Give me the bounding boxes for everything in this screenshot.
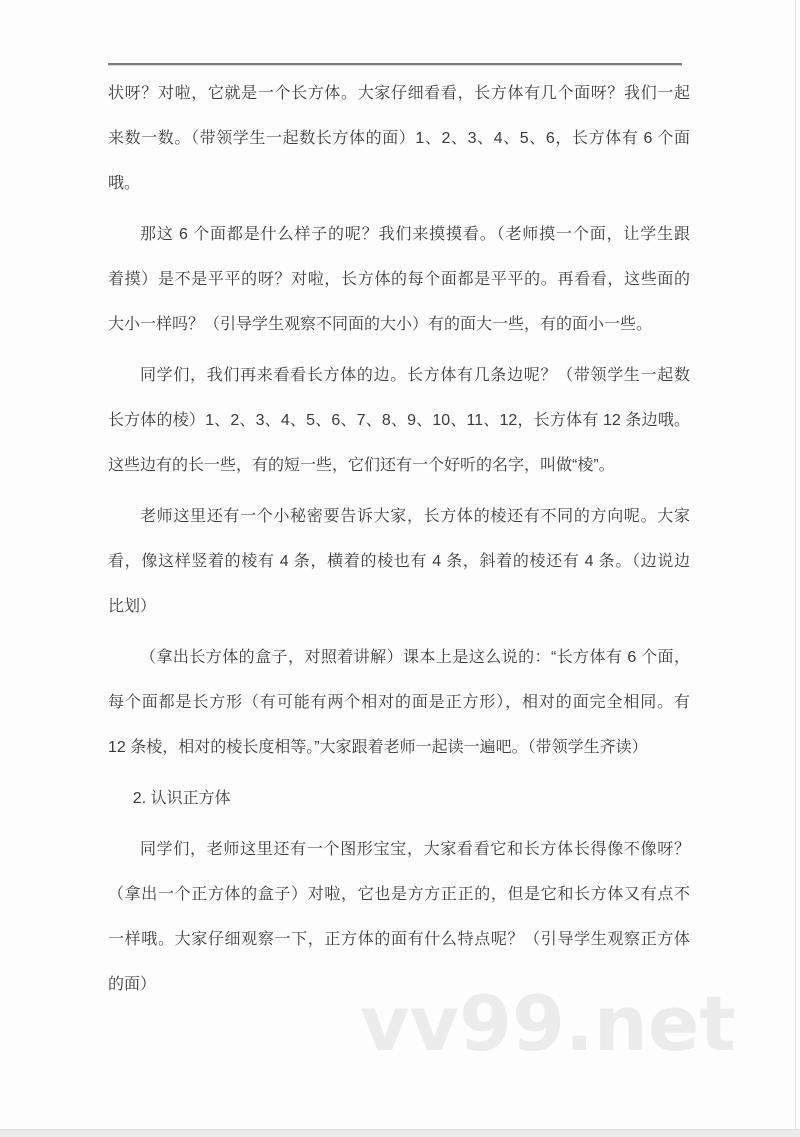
paragraph: 状呀？对啦，它就是一个长方体。大家仔细看看，长方体有几个面呀？我们一起 来数一数… xyxy=(108,71,690,206)
text-line: 比划） xyxy=(108,584,690,629)
text-line: 着摸）是不是平平的呀？对啦，长方体的每个面都是平平的。再看看，这些面的 xyxy=(108,257,690,302)
page-bottom-gap xyxy=(0,1129,800,1137)
section-heading: 2. 认识正方体 xyxy=(108,776,690,821)
page-right-edge xyxy=(795,0,796,1129)
text-line: （拿出一个正方体的盒子）对啦，它也是方方正正的，但是它和长方体又有点不 xyxy=(108,872,690,917)
text-line: 同学们，老师这里还有一个图形宝宝，大家看看它和长方体长得像不像呀？ xyxy=(108,827,690,872)
text-line: （拿出长方体的盒子，对照着讲解）课本上是这么说的：“长方体有 6 个面， xyxy=(108,635,690,680)
document-page: 状呀？对啦，它就是一个长方体。大家仔细看看，长方体有几个面呀？我们一起 来数一数… xyxy=(0,0,800,1137)
paragraph: 老师这里还有一个小秘密要告诉大家，长方体的棱还有不同的方向呢。大家 看，像这样竖… xyxy=(108,494,690,629)
text-line: 来数一数。（带领学生一起数长方体的面）1、2、3、4、5、6，长方体有 6 个面 xyxy=(108,116,690,161)
site-watermark: vv99.net xyxy=(360,986,736,1062)
text-line: 同学们，我们再来看看长方体的边。长方体有几条边呢？（带领学生一起数 xyxy=(108,353,690,398)
text-line: 大小一样吗？（引导学生观察不同面的大小）有的面大一些，有的面小一些。 xyxy=(108,302,690,347)
paragraph: 同学们，我们再来看看长方体的边。长方体有几条边呢？（带领学生一起数 长方体的棱）… xyxy=(108,353,690,488)
section-heading-text: 2. 认识正方体 xyxy=(108,776,690,821)
text-line: 那这 6 个面都是什么样子的呢？我们来摸摸看。（老师摸一个面，让学生跟 xyxy=(108,212,690,257)
text-line: 这些边有的长一些，有的短一些，它们还有一个好听的名字，叫做“棱”。 xyxy=(108,443,690,488)
text-line: 一样哦。大家仔细观察一下，正方体的面有什么特点呢？（引导学生观察正方体 xyxy=(108,917,690,962)
text-line: 每个面都是长方形（有可能有两个相对的面是正方形），相对的面完全相同。有 xyxy=(108,680,690,725)
text-line: 长方体的棱）1、2、3、4、5、6、7、8、9、10、11、12，长方体有 12… xyxy=(108,398,690,443)
text-line: 哦。 xyxy=(108,161,690,206)
text-line: 老师这里还有一个小秘密要告诉大家，长方体的棱还有不同的方向呢。大家 xyxy=(108,494,690,539)
text-line: 12 条棱，相对的棱长度相等。”大家跟着老师一起读一遍吧。（带领学生齐读） xyxy=(108,725,690,770)
document-body: 状呀？对啦，它就是一个长方体。大家仔细看看，长方体有几个面呀？我们一起 来数一数… xyxy=(108,71,690,1013)
paragraph: （拿出长方体的盒子，对照着讲解）课本上是这么说的：“长方体有 6 个面， 每个面… xyxy=(108,635,690,770)
page-top-rule xyxy=(108,63,682,66)
paragraph: 那这 6 个面都是什么样子的呢？我们来摸摸看。（老师摸一个面，让学生跟 着摸）是… xyxy=(108,212,690,347)
text-line: 看，像这样竖着的棱有 4 条，横着的棱也有 4 条，斜着的棱还有 4 条。（边说… xyxy=(108,539,690,584)
text-line: 状呀？对啦，它就是一个长方体。大家仔细看看，长方体有几个面呀？我们一起 xyxy=(108,71,690,116)
